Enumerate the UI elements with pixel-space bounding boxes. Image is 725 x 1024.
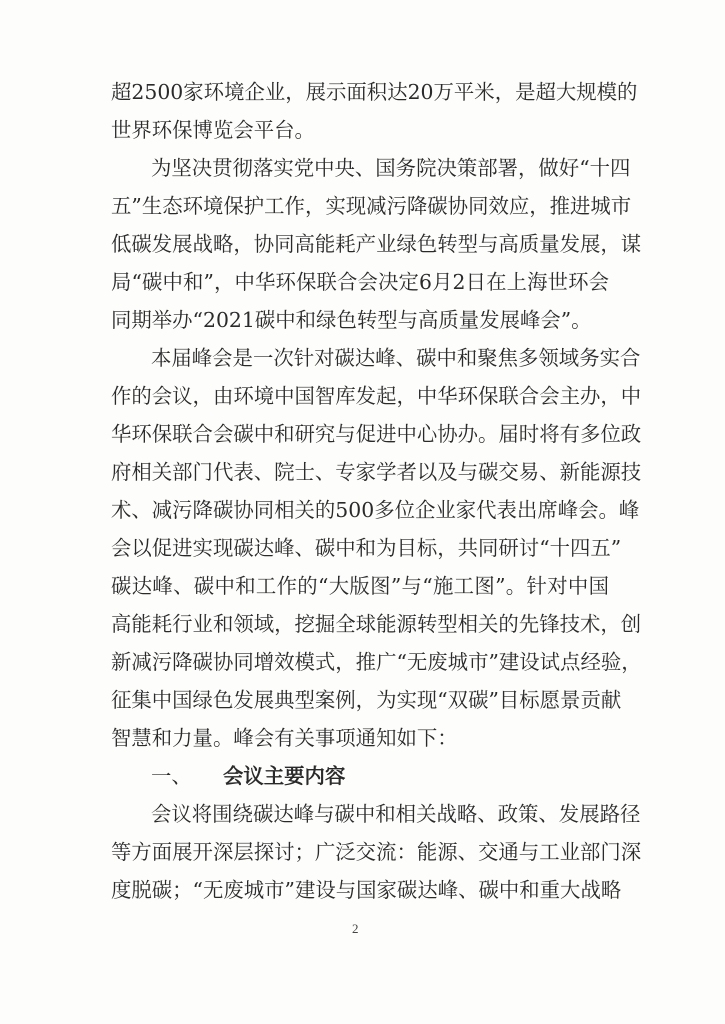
page-number: 2 — [352, 921, 359, 937]
section-title: 会议主要内容 — [223, 764, 345, 788]
section-number: 一、 — [151, 761, 223, 791]
text-line: 智慧和力量。峰会有关事项通知如下： — [111, 723, 609, 753]
section-heading: 一、会议主要内容 — [151, 761, 609, 791]
text-line: 府相关部门代表、院士、专家学者以及与碳交易、新能源技 — [111, 457, 609, 487]
text-line: 作的会议，由环境中国智库发起，中华环保联合会主办，中 — [111, 381, 609, 411]
text-line: 碳达峰、碳中和工作的“大版图”与“施工图”。针对中国 — [111, 571, 609, 601]
text-line: 高能耗行业和领域，挖掘全球能源转型相关的先锋技术，创 — [111, 609, 609, 639]
text-line: 五”生态环境保护工作，实现减污降碳协同效应，推进城市 — [111, 191, 609, 221]
text-line: 术、减污降碳协同相关的500多位企业家代表出席峰会。峰 — [111, 495, 609, 525]
text-line: 超2500家环境企业，展示面积达20万平米，是超大规模的 — [111, 77, 609, 107]
text-line: 征集中国绿色发展典型案例，为实现“双碳”目标愿景贡献 — [111, 685, 609, 715]
text-line: 等方面展开深层探讨；广泛交流：能源、交通与工业部门深 — [111, 837, 609, 867]
text-line: 世界环保博览会平台。 — [111, 115, 609, 145]
text-line: 局“碳中和”，中华环保联合会决定6月2日在上海世环会 — [111, 267, 609, 297]
text-line: 度脱碳；“无废城市”建设与国家碳达峰、碳中和重大战略 — [111, 875, 609, 905]
text-line: 低碳发展战略，协同高能耗产业绿色转型与高质量发展，谋 — [111, 229, 609, 259]
text-line: 会以促进实现碳达峰、碳中和为目标，共同研讨“十四五” — [111, 533, 609, 563]
text-line: 本届峰会是一次针对碳达峰、碳中和聚焦多领域务实合 — [151, 343, 609, 373]
document-page: 超2500家环境企业，展示面积达20万平米，是超大规模的 世界环保博览会平台。 … — [0, 0, 725, 1024]
text-line: 华环保联合会碳中和研究与促进中心协办。届时将有多位政 — [111, 419, 609, 449]
text-line: 为坚决贯彻落实党中央、国务院决策部署，做好“十四 — [151, 153, 609, 183]
text-line: 新减污降碳协同增效模式，推广“无废城市”建设试点经验， — [111, 647, 609, 677]
text-line: 同期举办“2021碳中和绿色转型与高质量发展峰会”。 — [111, 305, 609, 335]
text-line: 会议将围绕碳达峰与碳中和相关战略、政策、发展路径 — [151, 799, 609, 829]
